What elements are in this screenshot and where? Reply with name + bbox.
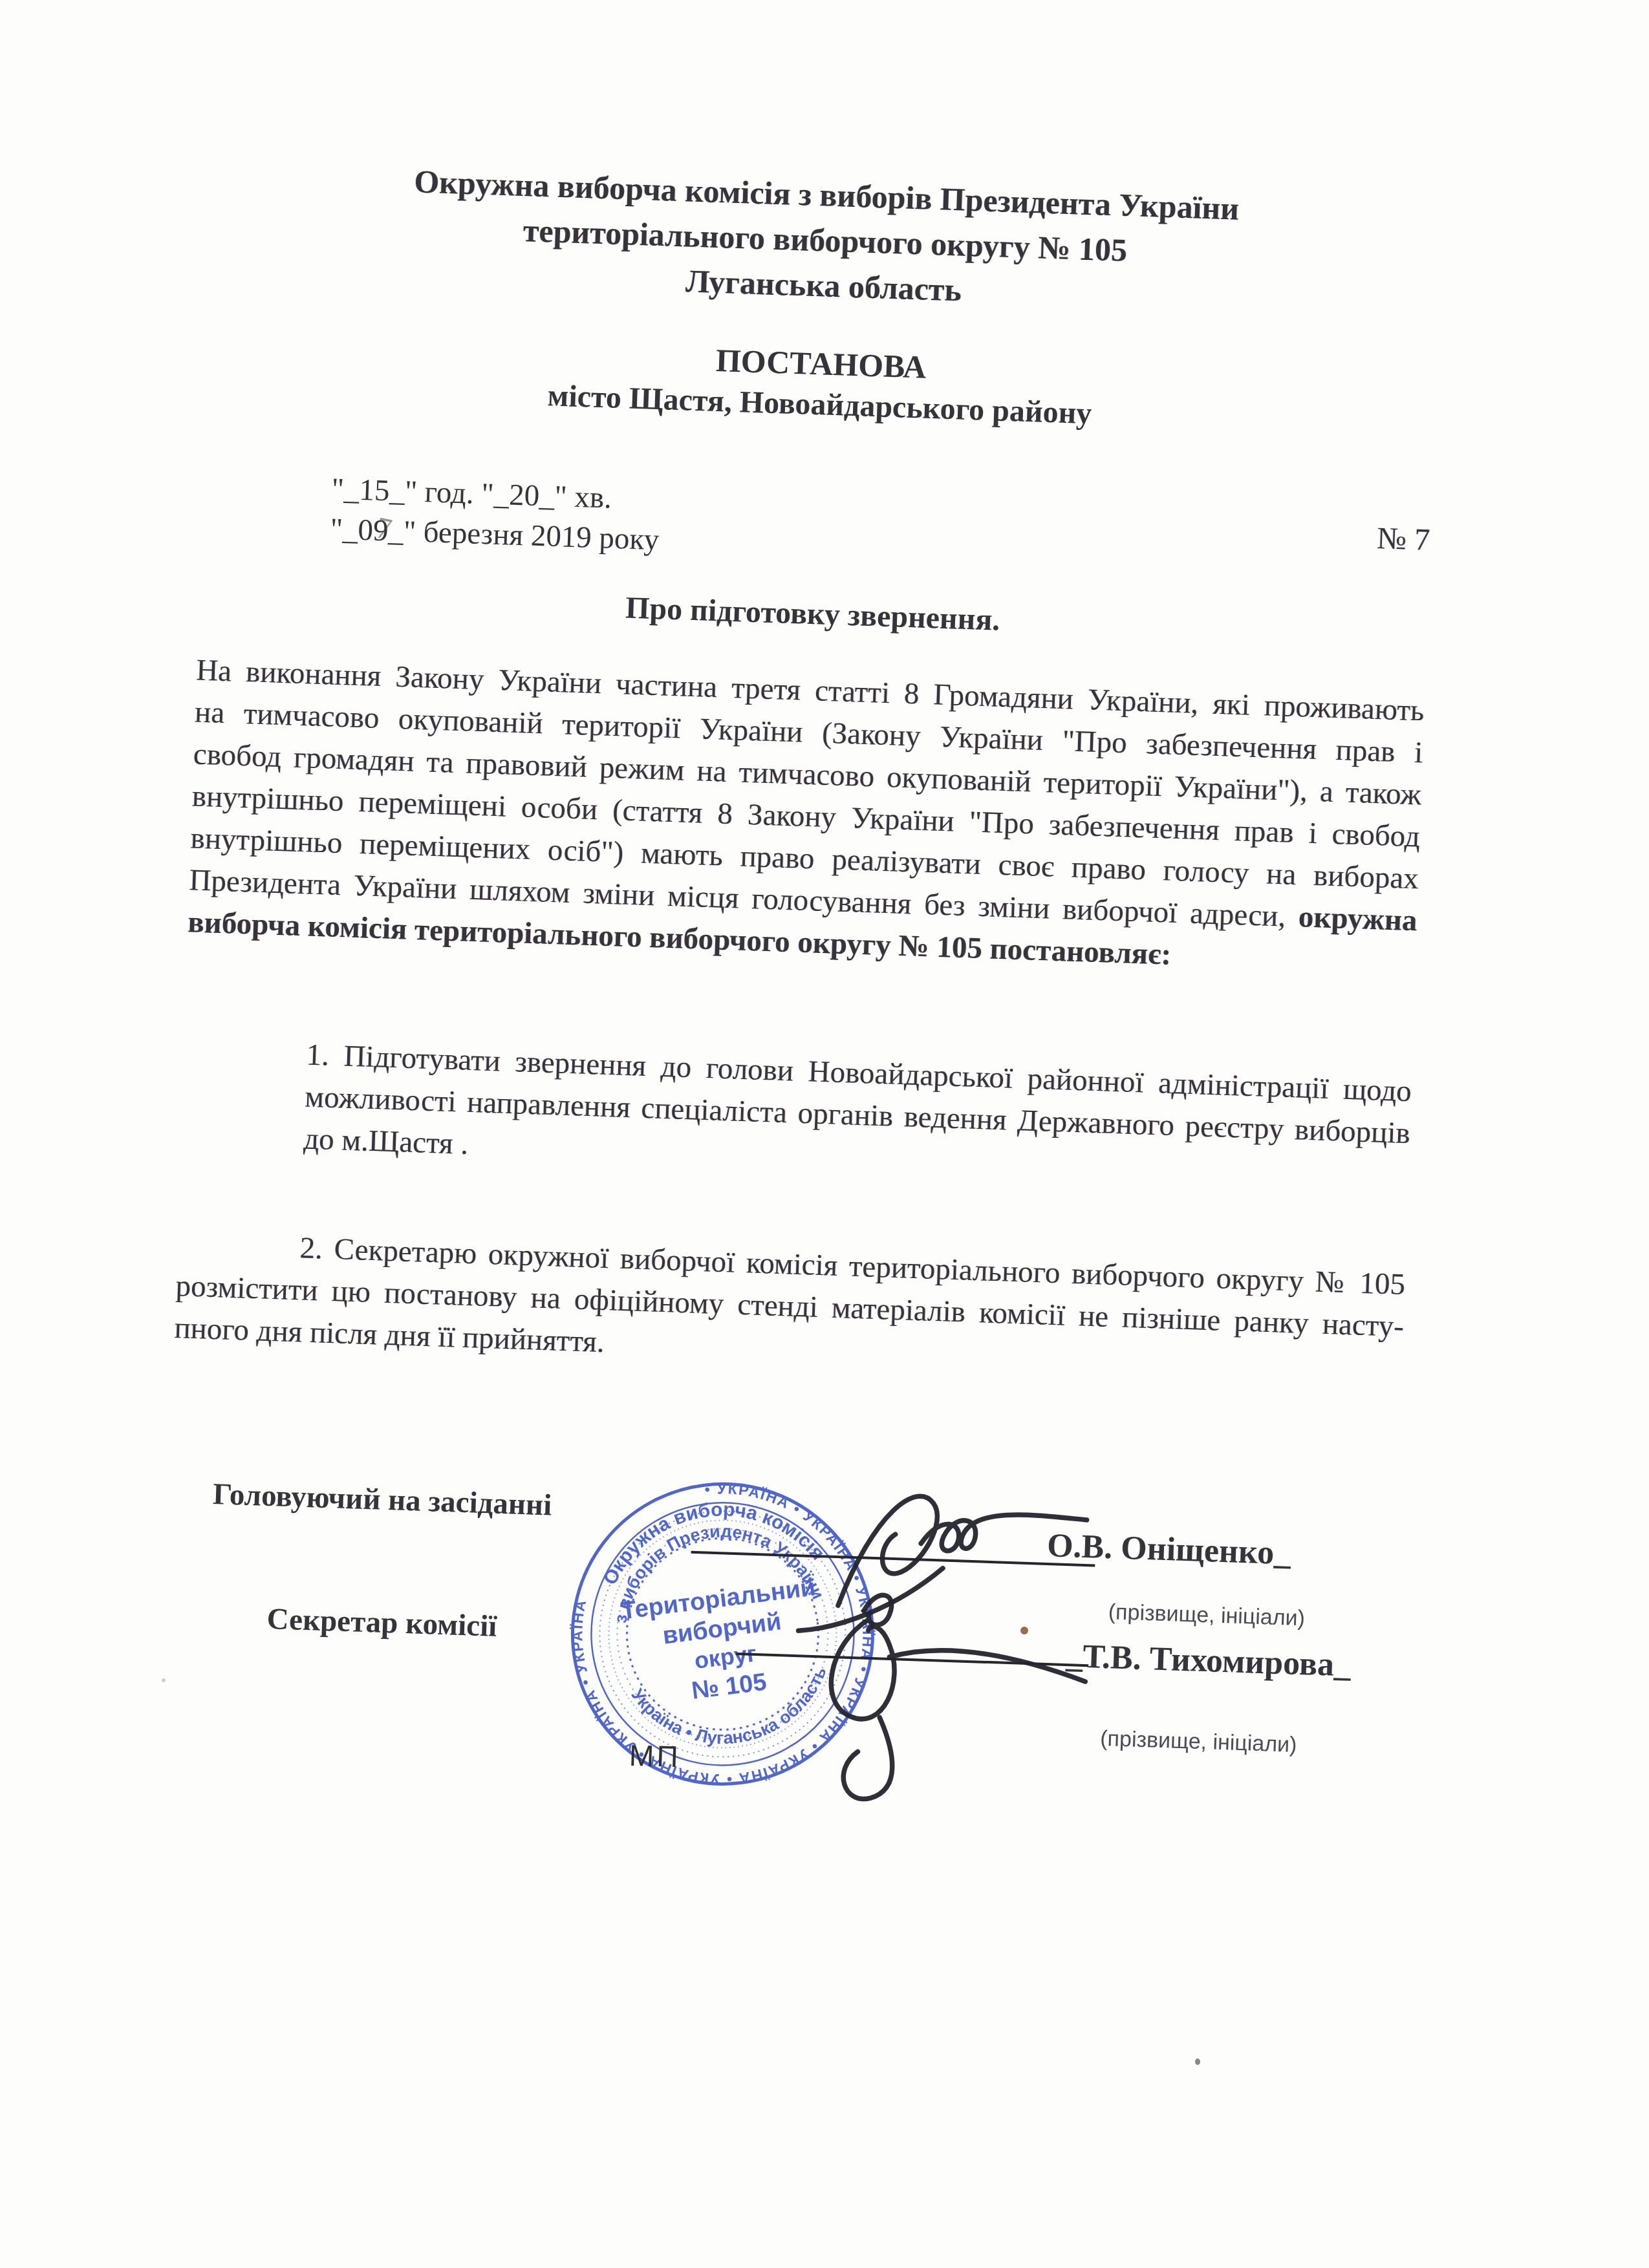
mp-mark: МП bbox=[629, 1738, 681, 1775]
stamp-center-line-4: № 105 bbox=[690, 1669, 768, 1705]
body-paragraph: На виконання Закону України частина трет… bbox=[187, 650, 1425, 985]
chair-name: О.В. Оніщенко_ bbox=[1046, 1526, 1291, 1572]
secretary-name-hint: (прізвище, ініціали) bbox=[1100, 1726, 1297, 1758]
secretary-name: _Т.В. Тихомирова_ bbox=[1066, 1637, 1352, 1685]
signature-block: Головуючий на засіданні Секретар комісії bbox=[153, 1470, 1397, 2028]
subject-line: Про підготовку звернення. bbox=[198, 573, 1427, 656]
chair-name-hint: (прізвище, ініціали) bbox=[1108, 1599, 1305, 1631]
scan-speck bbox=[1195, 2059, 1200, 2065]
document-number: № 7 bbox=[1376, 517, 1430, 561]
scan-speck bbox=[162, 1678, 166, 1682]
secretary-signature bbox=[780, 1581, 1110, 1815]
secretary-label: Секретар комісії bbox=[266, 1601, 497, 1644]
resolution-item-1: 1. Підготувати звернення до голови Новоа… bbox=[303, 1034, 1412, 1197]
scan-speck bbox=[1020, 1627, 1028, 1634]
resolution-item-2: 2. Секретарю окружної виборчої комісія т… bbox=[174, 1223, 1406, 1390]
handwritten-day: 97 bbox=[372, 511, 389, 551]
commission-header: Окружна виборча комісія з виборів Презид… bbox=[209, 152, 1441, 328]
document-content: Окружна виборча комісія з виборів Презид… bbox=[153, 152, 1441, 2027]
time-date-block: "_15_" год. "_20_" хв. "_097_" березня 2… bbox=[200, 465, 1431, 586]
chair-label: Головуючий на засіданні bbox=[212, 1477, 552, 1523]
scanned-document-page: Окружна виборча комісія з виборів Презид… bbox=[0, 0, 1649, 2268]
